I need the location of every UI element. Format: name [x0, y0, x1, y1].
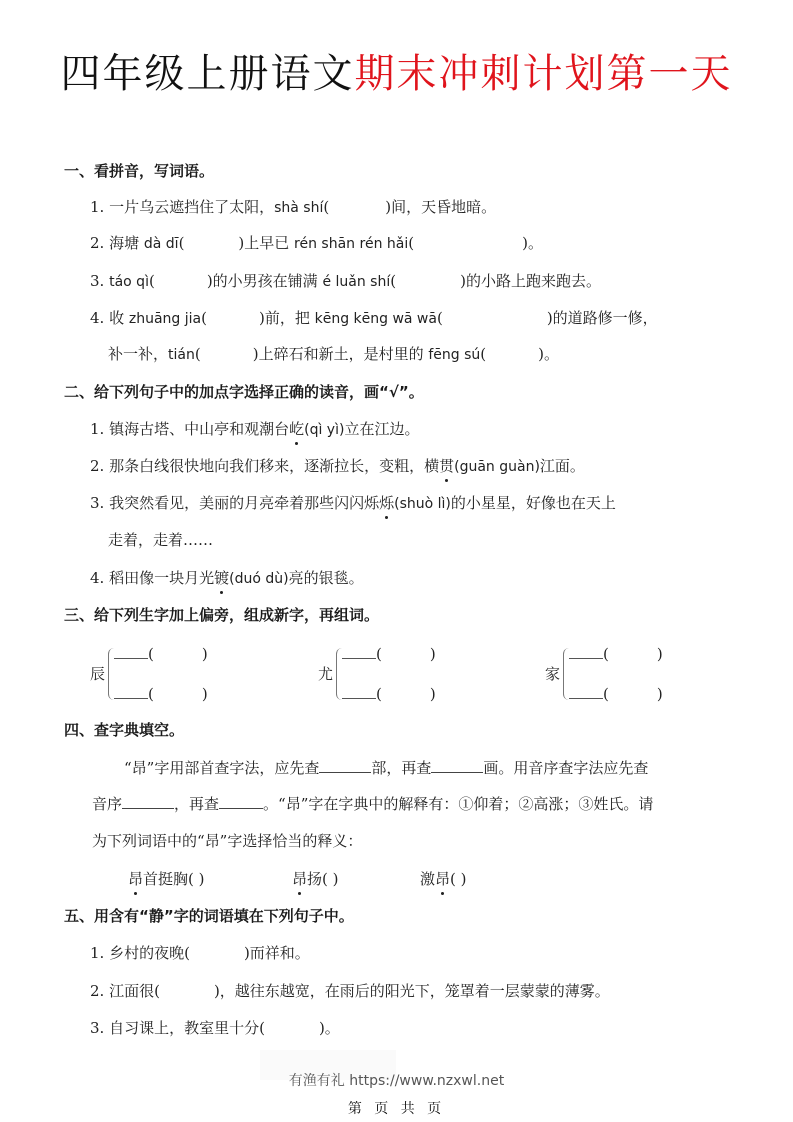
text: )上早已	[238, 234, 294, 252]
text: 亮的银毯。	[289, 569, 364, 587]
section-3-heading: 三、给下列生字加上偏旁，组成新字，再组词。	[64, 604, 379, 626]
section-2-heading: 二、给下列句子中的加点字选择正确的读音，画“√”。	[64, 381, 424, 403]
text: 江面。	[540, 457, 585, 475]
answer-paren[interactable]: ( )	[188, 870, 204, 888]
pronunciation-options[interactable]: (shuò lì)	[394, 496, 451, 512]
s1-item-2: 2. 海塘 dà dī()上早已 rén shān rén hǎi()。	[90, 232, 543, 255]
text: 3. 我突然看见，美丽的月亮牵着那些闪闪烁	[90, 494, 379, 512]
text: 4. 收	[90, 309, 129, 327]
text: “昂”字用部首查字法，应先查	[124, 759, 319, 777]
pinyin: tián	[168, 347, 195, 363]
paren-open: (	[195, 345, 201, 363]
fill-blank[interactable]	[319, 757, 371, 773]
dotted-char: 昂	[292, 868, 307, 890]
dotted-char: 昂	[128, 868, 143, 890]
text: 3. 自习课上，教室里十分(	[90, 1019, 265, 1037]
watermark-text: 有渔有礼 https://www.nzxwl.net	[0, 1070, 793, 1090]
brace-row[interactable]: ()	[569, 682, 663, 703]
text: 1. 乡村的夜晚(	[90, 944, 190, 962]
text: )前，把	[259, 309, 315, 327]
text: 的小星星，好像也在天上	[451, 494, 616, 512]
pinyin: dà dī	[144, 236, 179, 252]
paren-open: (	[408, 234, 414, 252]
pinyin: táo qì	[109, 274, 149, 290]
pinyin: zhuāng jia	[129, 311, 201, 327]
s4-line-1: “昂”字用部首查字法，应先查部，再查画。用音序查字法应先查	[124, 757, 648, 779]
brace-row[interactable]: ()	[342, 642, 436, 663]
pinyin: shà shí	[274, 200, 323, 216]
text: )上碎石和新土，是村里的	[253, 345, 429, 363]
text: 画。用音序查字法应先查	[483, 759, 648, 777]
pronunciation-options[interactable]: (qì yì)	[304, 422, 344, 438]
paren-open: (	[323, 198, 329, 216]
s4-word-2: 昂扬( )	[292, 868, 339, 890]
brace-row[interactable]: ()	[342, 682, 436, 703]
s1-item-3: 3. táo qì()的小男孩在铺满 é luǎn shí()的小路上跑来跑去。	[90, 270, 601, 293]
brace-row[interactable]: ()	[569, 642, 663, 663]
s1-item-4-cont: 补一补，tián()上碎石和新土，是村里的 fēng sú()。	[108, 343, 559, 366]
title-black-part: 四年级上册语文	[61, 51, 355, 97]
pinyin: rén shān rén hǎi	[294, 236, 408, 252]
text: 2. 那条白线很快地向我们移来，逐渐拉长，变粗，横	[90, 457, 439, 475]
s4-line-3: 为下列词语中的“昂”字选择恰当的释义：	[92, 830, 362, 852]
text: 补一补，	[108, 345, 168, 363]
radical-group-you: 尤 () ()	[318, 642, 518, 708]
paren-open: (	[390, 272, 396, 290]
text: 1. 一片乌云遮挡住了太阳，	[90, 198, 274, 216]
paren-open: (	[149, 272, 155, 290]
section-5-heading: 五、用含有“静”字的词语填在下列句子中。	[64, 905, 354, 927]
text: )。	[522, 234, 543, 252]
fill-blank[interactable]	[219, 793, 263, 809]
pronunciation-options[interactable]: (guān guàn)	[454, 459, 540, 475]
text: )而祥和。	[244, 944, 310, 962]
text: 3.	[90, 272, 109, 290]
text: 部，再查	[371, 759, 431, 777]
s2-item-1: 1. 镇海古塔、中山亭和观潮台屹(qì yì)立在江边。	[90, 418, 419, 441]
s5-item-2: 2. 江面很()，越往东越宽，在雨后的阳光下，笼罩着一层蒙蒙的薄雾。	[90, 980, 610, 1002]
paren-open: (	[179, 234, 185, 252]
s5-item-1: 1. 乡村的夜晚()而祥和。	[90, 942, 310, 964]
text: )，越往东越宽，在雨后的阳光下，笼罩着一层蒙蒙的薄雾。	[214, 982, 610, 1000]
pinyin: é luǎn shí	[322, 274, 390, 290]
paren-open: (	[480, 345, 486, 363]
radical-group-jia: 家 () ()	[545, 642, 745, 708]
text: 音序	[92, 795, 122, 813]
s1-item-1: 1. 一片乌云遮挡住了太阳，shà shí()间，天昏地暗。	[90, 196, 496, 219]
s4-line-2: 音序，再查。“昂”字在字典中的解释有：①仰着；②高涨；③姓氏。请	[92, 793, 653, 815]
base-char: 尤	[318, 663, 333, 684]
text: )。	[538, 345, 559, 363]
text: )的小男孩在铺满	[207, 272, 323, 290]
base-char: 家	[545, 663, 560, 684]
page-number: 第 页 共 页	[0, 1098, 793, 1118]
text: )间，天昏地暗。	[385, 198, 496, 216]
pronunciation-options[interactable]: (duó dù)	[229, 571, 288, 587]
s1-item-4: 4. 收 zhuāng jia()前，把 kēng kēng wā wā()的道…	[90, 307, 658, 330]
radical-group-chen: 辰 () ()	[90, 642, 290, 708]
text: 扬	[307, 870, 322, 888]
dotted-char: 屹	[289, 418, 304, 440]
s2-item-4: 4. 稻田像一块月光镀(duó dù)亮的银毯。	[90, 567, 364, 590]
text: )。	[319, 1019, 340, 1037]
section-4-heading: 四、查字典填空。	[64, 719, 184, 741]
s2-item-3: 3. 我突然看见，美丽的月亮牵着那些闪闪烁烁(shuò lì)的小星星，好像也在…	[90, 492, 616, 515]
text: 。“昂”字在字典中的解释有：①仰着；②高涨；③姓氏。请	[263, 795, 653, 813]
s2-item-3-cont: 走着，走着……	[108, 529, 213, 551]
section-1-heading: 一、看拼音，写词语。	[64, 160, 214, 182]
answer-paren[interactable]: ( )	[450, 870, 466, 888]
text: 激	[420, 870, 435, 888]
text: 2. 江面很(	[90, 982, 160, 1000]
text: 1. 镇海古塔、中山亭和观潮台	[90, 420, 289, 438]
title-red-part: 期末冲刺计划第一天	[355, 51, 733, 97]
s2-item-2: 2. 那条白线很快地向我们移来，逐渐拉长，变粗，横贯(guān guàn)江面。	[90, 455, 585, 478]
s4-word-3: 激昂( )	[420, 868, 467, 890]
s4-word-1: 昂首挺胸( )	[128, 868, 205, 890]
brace-row[interactable]: ()	[114, 682, 208, 703]
text: 首挺胸	[143, 870, 188, 888]
fill-blank[interactable]	[122, 793, 174, 809]
dotted-char: 镀	[214, 567, 229, 589]
paren-open: (	[201, 309, 207, 327]
s5-item-3: 3. 自习课上，教室里十分()。	[90, 1017, 340, 1039]
page-title: 四年级上册语文期末冲刺计划第一天	[0, 46, 793, 102]
dotted-char: 昂	[435, 868, 450, 890]
text: ，再查	[174, 795, 219, 813]
fill-blank[interactable]	[431, 757, 483, 773]
dotted-char: 烁	[379, 492, 394, 514]
pinyin: kēng kēng wā wā	[315, 311, 437, 327]
text: 4. 稻田像一块月光	[90, 569, 214, 587]
answer-paren[interactable]: ( )	[322, 870, 338, 888]
text: )的道路修一修，	[547, 309, 658, 327]
pinyin: fēng sú	[428, 347, 480, 363]
text: )的小路上跑来跑去。	[460, 272, 601, 290]
paren-open: (	[437, 309, 443, 327]
brace-row[interactable]: ()	[114, 642, 208, 663]
base-char: 辰	[90, 663, 105, 684]
dotted-char: 贯	[439, 455, 454, 477]
text: 2. 海塘	[90, 234, 144, 252]
text: 立在江边。	[344, 420, 419, 438]
